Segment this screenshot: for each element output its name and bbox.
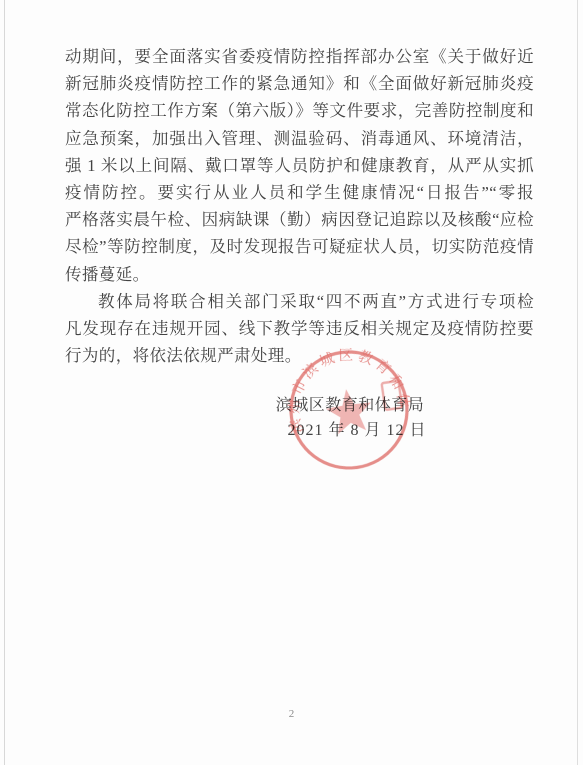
body-line: 尽检”等防控制度，及时发现报告可疑症状人员，切实防范疫情 xyxy=(65,233,534,260)
official-seal-stamp: 滨州市滨城区教育和体育局 xyxy=(270,331,428,489)
body-line: 凡发现存在违规开园、线下教学等违反相关规定及疫情防控要求 xyxy=(65,315,534,342)
body-line: 动期间，要全面落实省委疫情防控指挥部办公室《关于做好近期 xyxy=(65,43,534,70)
body-line: 传播蔓延。 xyxy=(65,261,534,288)
body-line: 新冠肺炎疫情防控工作的紧急通知》和《全面做好新冠肺炎疫情 xyxy=(65,70,534,97)
body-line: 常态化防控工作方案（第六版）》等文件要求，完善防控制度和 xyxy=(65,97,534,124)
body-line: 应急预案，加强出入管理、测温验码、消毒通风、环境清洁，加 xyxy=(65,125,534,152)
document-page: 动期间，要全面落实省委疫情防控指挥部办公室《关于做好近期 新冠肺炎疫情防控工作的… xyxy=(0,0,583,765)
star-icon xyxy=(323,386,374,435)
body-line: 强 1 米以上间隔、戴口罩等人员防护和健康教育，从严从实抓好 xyxy=(65,152,534,179)
scan-edge-right xyxy=(577,0,578,765)
scan-edge-left xyxy=(4,0,5,765)
body-line: 疫情防控。要实行从业人员和学生健康情况“日报告”“零报告”， xyxy=(65,179,534,206)
body-line: 严格落实晨午检、因病缺课（勤）病因登记追踪以及核酸“应检 xyxy=(65,206,534,233)
body-paragraphs: 动期间，要全面落实省委疫情防控指挥部办公室《关于做好近期 新冠肺炎疫情防控工作的… xyxy=(65,43,534,369)
page-number: 2 xyxy=(0,708,583,720)
body-line: 教体局将联合相关部门采取“四不两直”方式进行专项检查， xyxy=(65,288,534,315)
